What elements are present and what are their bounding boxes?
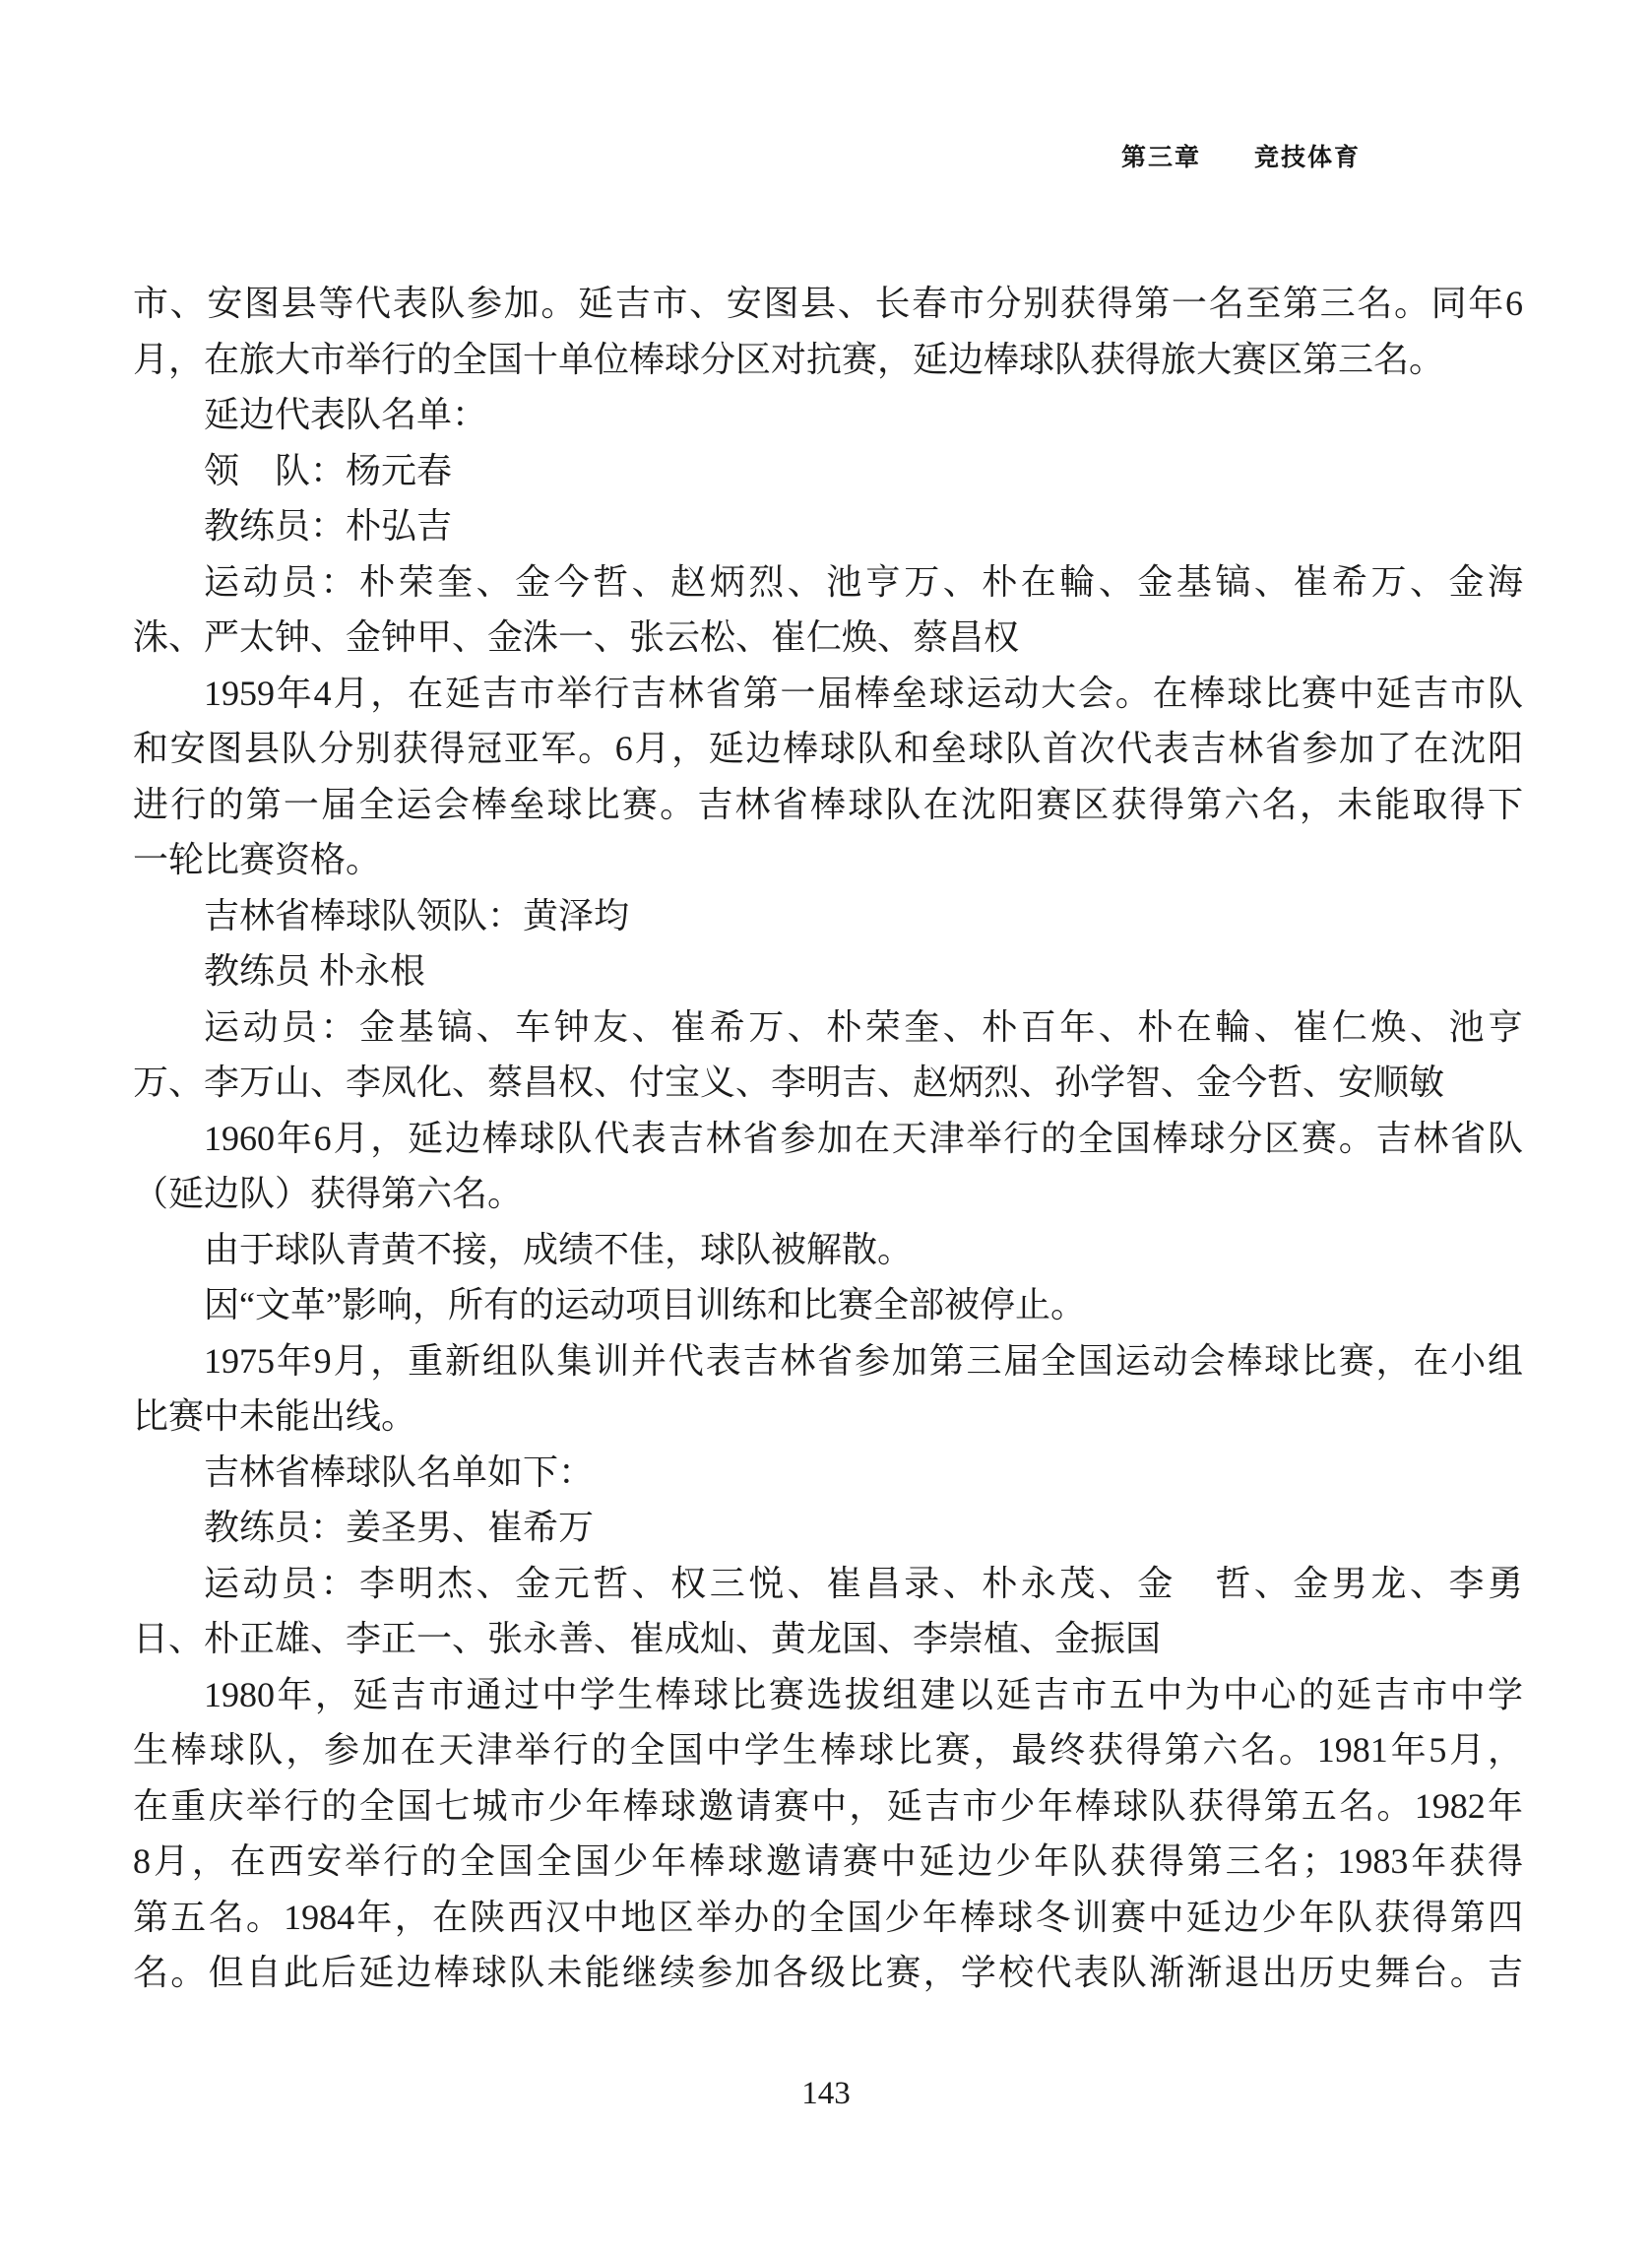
text-line: 第五名。1984年，在陕西汉中地区举办的全国少年棒球冬训赛中延边少年队获得第四 <box>133 1890 1523 1946</box>
text-line: 洙、严太钟、金钟甲、金洙一、张云松、崔仁焕、蔡昌权 <box>133 610 1523 666</box>
text-line: 一轮比赛资格。 <box>133 832 1523 888</box>
document-page: 第三章 竞技体育 市、安图县等代表队参加。延吉市、安图县、长春市分别获得第一名至… <box>0 0 1652 2257</box>
text-line: 生棒球队，参加在天津举行的全国中学生棒球比赛，最终获得第六名。1981年5月， <box>133 1722 1523 1778</box>
text-line: 教练员 朴永根 <box>133 943 1523 1000</box>
text-line: 8月，在西安举行的全国全国少年棒球邀请赛中延边少年队获得第三名；1983年获得 <box>133 1834 1523 1890</box>
text-line: 吉林省棒球队名单如下： <box>133 1445 1523 1501</box>
text-line: 延边代表队名单： <box>133 387 1523 443</box>
text-line: 月，在旅大市举行的全国十单位棒球分区对抗赛，延边棒球队获得旅大赛区第三名。 <box>133 332 1523 388</box>
text-line: 进行的第一届全运会棒垒球比赛。吉林省棒球队在沈阳赛区获得第六名，未能取得下 <box>133 777 1523 833</box>
text-line: 日、朴正雄、李正一、张永善、崔成灿、黄龙国、李崇植、金振国 <box>133 1611 1523 1667</box>
text-line: 在重庆举行的全国七城市少年棒球邀请赛中，延吉市少年棒球队获得第五名。1982年 <box>133 1778 1523 1835</box>
text-line: 吉林省棒球队领队：黄泽均 <box>133 888 1523 944</box>
text-line: 1980年，延吉市通过中学生棒球比赛选拔组建以延吉市五中为中心的延吉市中学 <box>133 1667 1523 1723</box>
text-line: 1960年6月，延边棒球队代表吉林省参加在天津举行的全国棒球分区赛。吉林省队 <box>133 1111 1523 1167</box>
text-line: 因“文革”影响，所有的运动项目训练和比赛全部被停止。 <box>133 1277 1523 1333</box>
text-line: 市、安图县等代表队参加。延吉市、安图县、长春市分别获得第一名至第三名。同年6 <box>133 276 1523 332</box>
text-line: 1959年4月，在延吉市举行吉林省第一届棒垒球运动大会。在棒球比赛中延吉市队 <box>133 666 1523 722</box>
text-line: 教练员：姜圣男、崔希万 <box>133 1500 1523 1556</box>
chapter-header: 第三章 竞技体育 <box>0 138 1361 173</box>
text-line: 运动员：李明杰、金元哲、权三悦、崔昌录、朴永茂、金 哲、金男龙、李勇 <box>133 1556 1523 1612</box>
text-line: 由于球队青黄不接，成绩不佳，球队被解散。 <box>133 1222 1523 1278</box>
text-line: 教练员：朴弘吉 <box>133 498 1523 554</box>
text-line: （延边队）获得第六名。 <box>133 1166 1523 1222</box>
text-line: 名。但自此后延边棒球队未能继续参加各级比赛，学校代表队渐渐退出历史舞台。吉 <box>133 1945 1523 2001</box>
text-line: 运动员：金基镐、车钟友、崔希万、朴荣奎、朴百年、朴在輪、崔仁焕、池亨 <box>133 1000 1523 1056</box>
page-number: 143 <box>0 2076 1652 2112</box>
body-text: 市、安图县等代表队参加。延吉市、安图县、长春市分别获得第一名至第三名。同年6月，… <box>133 276 1523 2001</box>
text-line: 领 队：杨元春 <box>133 443 1523 499</box>
text-line: 运动员：朴荣奎、金今哲、赵炳烈、池亨万、朴在輪、金基镐、崔希万、金海 <box>133 554 1523 611</box>
text-line: 1975年9月，重新组队集训并代表吉林省参加第三届全国运动会棒球比赛，在小组 <box>133 1333 1523 1389</box>
text-line: 比赛中未能出线。 <box>133 1388 1523 1445</box>
text-line: 万、李万山、李凤化、蔡昌权、付宝义、李明吉、赵炳烈、孙学智、金今哲、安顺敏 <box>133 1055 1523 1111</box>
text-line: 和安图县队分别获得冠亚军。6月，延边棒球队和垒球队首次代表吉林省参加了在沈阳 <box>133 721 1523 777</box>
